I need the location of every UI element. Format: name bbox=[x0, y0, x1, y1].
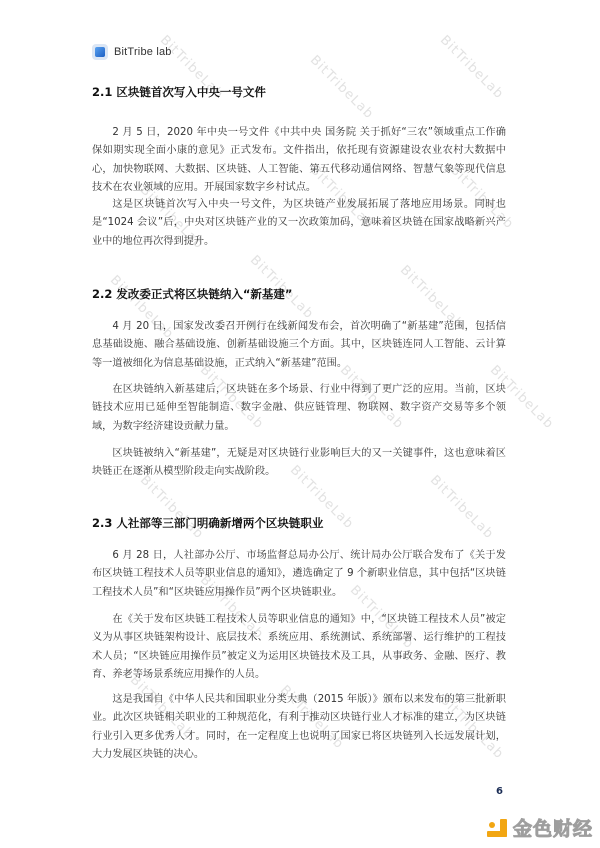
jinse-logo-icon bbox=[487, 819, 507, 837]
bittribe-logo: BitTribe lab bbox=[92, 44, 172, 60]
page-number: 6 bbox=[496, 786, 503, 797]
paragraph: 这是我国自《中华人民共和国职业分类大典（2015 年版）》颁布以来发布的第三批新… bbox=[92, 691, 506, 764]
watermark: BitTribeLab bbox=[137, 473, 207, 543]
watermark: BitTribeLab bbox=[307, 53, 377, 123]
paragraph: 区块链被纳入“新基建”，无疑是对区块链行业影响巨大的又一关键事件，这也意味着区块… bbox=[92, 445, 506, 482]
watermark: BitTribeLab bbox=[427, 473, 497, 543]
section-heading: 2.2 发改委正式将区块链纳入“新基建” bbox=[92, 286, 293, 302]
cube-icon bbox=[92, 44, 108, 60]
paragraph: 在区块链纳入新基建后，区块链在多个场景、行业中得到了更广泛的应用。当前，区块链技… bbox=[92, 381, 506, 436]
paragraph: 这是区块链首次写入中央一号文件，为区块链产业发展拓展了落地应用场景。同时也是“1… bbox=[92, 196, 506, 251]
section-heading: 2.1 区块链首次写入中央一号文件 bbox=[92, 84, 266, 100]
paragraph: 6 月 28 日，人社部办公厅、市场监督总局办公厅、统计局办公厅联合发布了《关于… bbox=[92, 547, 506, 602]
source-brand: 金色财经 bbox=[513, 814, 593, 841]
watermark: BitTribeLab bbox=[437, 33, 507, 103]
section-heading: 2.3 人社部等三部门明确新增两个区块链职业 bbox=[92, 515, 323, 531]
paragraph: 在《关于发布区块链工程技术人员等职业信息的通知》中，“区块链工程技术人员”被定义… bbox=[92, 611, 506, 684]
paragraph: 2 月 5 日，2020 年中央一号文件《中共中央 国务院 关于抓好“三农”领域… bbox=[92, 124, 506, 197]
paragraph: 4 月 20 日，国家发改委召开例行在线新闻发布会，首次明确了“新基建”范围，包… bbox=[92, 318, 506, 373]
jinse-logo: 金色财经 bbox=[487, 814, 593, 841]
brand-name: BitTribe lab bbox=[114, 46, 172, 58]
